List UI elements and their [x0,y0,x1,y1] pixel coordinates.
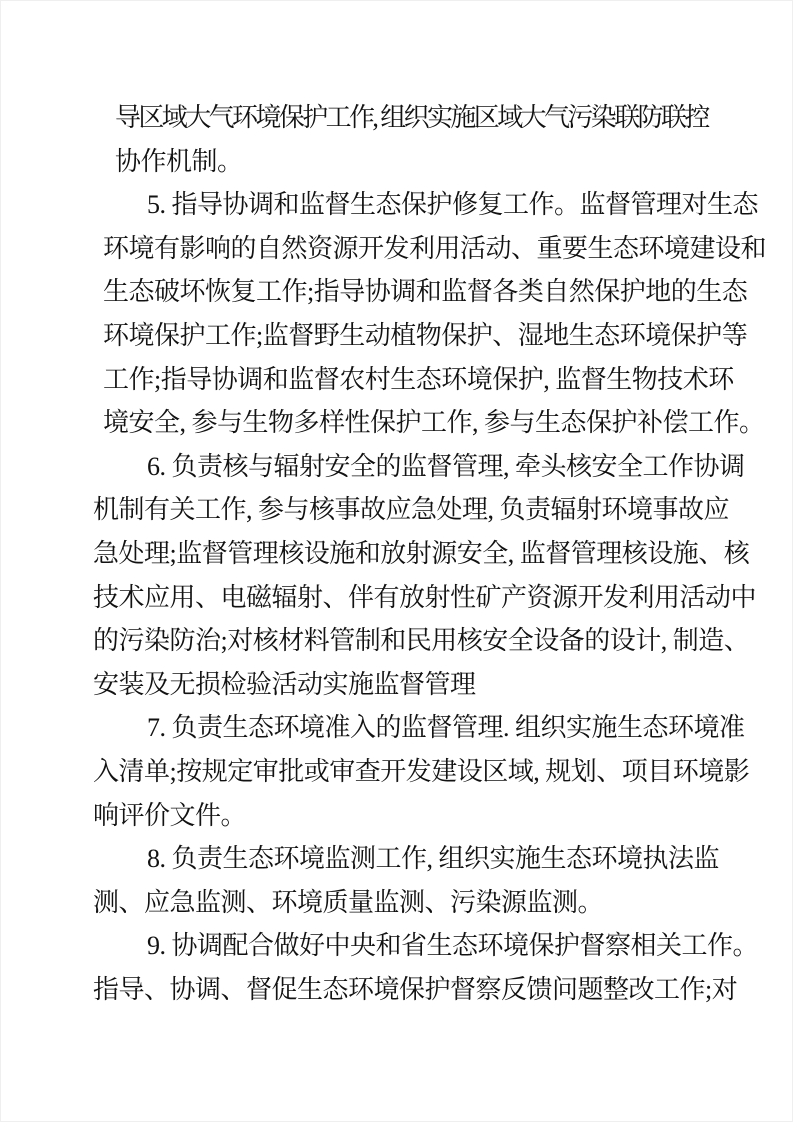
text-line: 技术应用、电磁辐射、伴有放射性矿产资源开发利用活动中 [93,576,793,620]
text-line: 8. 负责生态环境监测工作, 组织实施生态环境执法监 [147,837,793,881]
text-line: 环境有影响的自然资源开发利用活动、重要生态环境建设和 [103,227,793,271]
text-line: 指导、协调、督促生态环境保护督察反馈问题整改工作;对 [93,968,793,1012]
text-line: 5. 指导协调和监督生态保护修复工作。监督管理对生态 [147,183,793,227]
text-line: 环境保护工作;监督野生动植物保护、湿地生态环境保护等 [103,314,793,358]
text-line: 急处理;监督管理核设施和放射源安全, 监督管理核设施、核 [93,532,793,576]
text-line: 6. 负责核与辐射安全的监督管理, 牵头核安全工作协调 [147,445,793,489]
text-line: 生态破坏恢复工作;指导协调和监督各类自然保护地的生态 [103,270,793,314]
document-page: 导区域大气环境保护工作, 组织实施区域大气污染联防联控协作机制。5. 指导协调和… [0,0,793,1122]
text-line: 9. 协调配合做好中央和省生态环境保护督察相关工作。 [147,924,793,968]
document-text-block: 导区域大气环境保护工作, 组织实施区域大气污染联防联控协作机制。5. 指导协调和… [0,96,793,1011]
text-line: 机制有关工作, 参与核事故应急处理, 负责辐射环境事故应 [93,488,793,532]
text-line: 入清单;按规定审批或审查开发建设区域, 规划、项目环境影 [93,750,793,794]
text-line: 安装及无损检验活动实施监督管理 [93,663,793,707]
text-line: 协作机制。 [115,140,793,184]
text-line: 导区域大气环境保护工作, 组织实施区域大气污染联防联控 [115,96,793,140]
text-line: 测、应急监测、环境质量监测、污染源监测。 [93,881,793,925]
text-line: 7. 负责生态环境准入的监督管理. 组织实施生态环境准 [147,706,793,750]
text-line: 工作;指导协调和监督农村生态环境保护, 监督生物技术环 [103,358,793,402]
text-line: 响评价文件。 [93,794,793,838]
text-line: 境安全, 参与生物多样性保护工作, 参与生态保护补偿工作。 [103,401,793,445]
text-line: 的污染防治;对核材料管制和民用核安全设备的设计, 制造、 [93,619,793,663]
